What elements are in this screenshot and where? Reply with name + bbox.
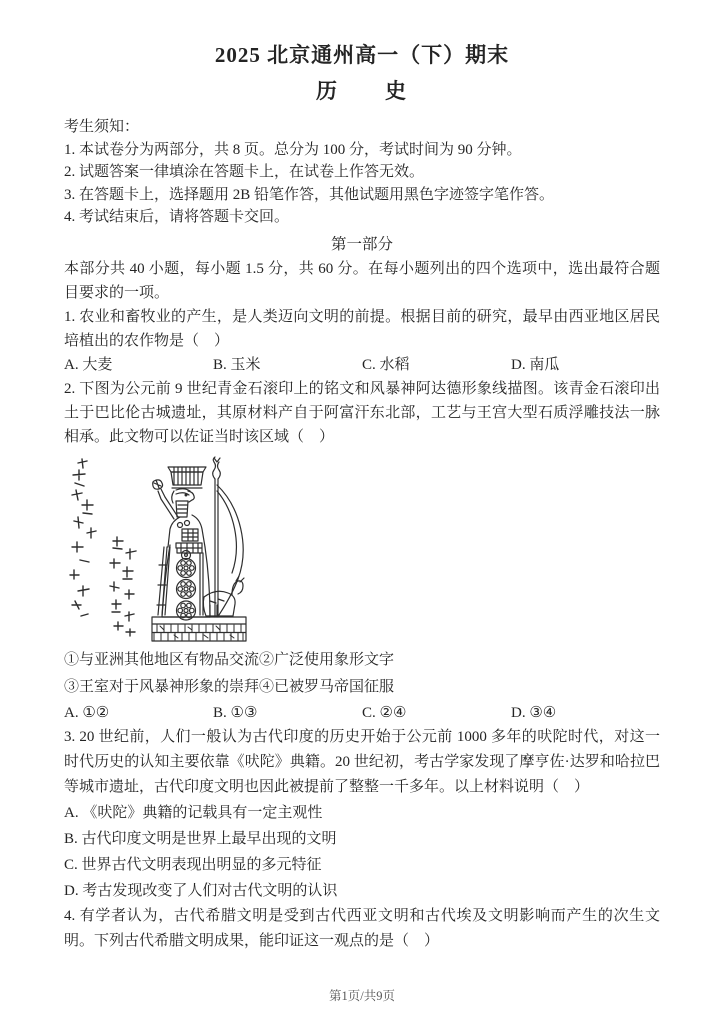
question-3-option-d: D. 考古发现改变了人们对古代文明的认识	[64, 878, 660, 904]
question-2: 2. 下图为公元前 9 世纪青金石滚印上的铭文和风暴神阿达德形象线描图。该青金石…	[64, 377, 660, 725]
question-1-options: A. 大麦 B. 玉米 C. 水稻 D. 南瓜	[64, 353, 660, 377]
exam-paper-page: 2025 北京通州高一（下）期末 历 史 考生须知： 1. 本试卷分为两部分，共…	[0, 0, 724, 1024]
part-one-intro: 本部分共 40 小题，每小题 1.5 分，共 60 分。在每小题列出的四个选项中…	[64, 257, 660, 305]
storm-god-seal-illustration	[64, 455, 264, 643]
part-one-heading: 第一部分	[64, 233, 660, 257]
page-content: 2025 北京通州高一（下）期末 历 史 考生须知： 1. 本试卷分为两部分，共…	[64, 40, 660, 954]
question-3-options: A. 《吠陀》典籍的记载具有一定主观性 B. 古代印度文明是世界上最早出现的文明…	[64, 800, 660, 904]
notice-heading: 考生须知：	[64, 116, 660, 139]
question-3-option-c: C. 世界古代文明表现出明显的多元特征	[64, 852, 660, 878]
question-1-option-a: A. 大麦	[64, 353, 213, 377]
notice-item-4: 4. 考试结束后，请将答题卡交回。	[64, 206, 660, 229]
notice-item-2: 2. 试题答案一律填涂在答题卡上，在试卷上作答无效。	[64, 161, 660, 184]
question-1-option-c: C. 水稻	[362, 353, 511, 377]
question-4: 4. 有学者认为，古代希腊文明是受到古代西亚文明和古代埃及文明影响而产生的次生文…	[64, 904, 660, 954]
question-3: 3. 20 世纪前，人们一般认为古代印度的历史开始于公元前 1000 多年的吠陀…	[64, 725, 660, 904]
question-1: 1. 农业和畜牧业的产生，是人类迈向文明的前提。根据目前的研究，最早由西亚地区居…	[64, 305, 660, 377]
question-2-options: A. ①② B. ①③ C. ②④ D. ③④	[64, 701, 660, 725]
question-2-option-c: C. ②④	[362, 701, 511, 725]
question-2-option-a: A. ①②	[64, 701, 213, 725]
question-1-stem: 1. 农业和畜牧业的产生，是人类迈向文明的前提。根据目前的研究，最早由西亚地区居…	[64, 305, 660, 353]
page-title: 2025 北京通州高一（下）期末	[64, 40, 660, 70]
subject-title: 历 史	[64, 76, 660, 106]
question-3-stem: 3. 20 世纪前，人们一般认为古代印度的历史开始于公元前 1000 多年的吠陀…	[64, 725, 660, 800]
question-3-option-b: B. 古代印度文明是世界上最早出现的文明	[64, 826, 660, 852]
page-number: 第1页/共9页	[0, 988, 724, 1004]
question-2-stem: 2. 下图为公元前 9 世纪青金石滚印上的铭文和风暴神阿达德形象线描图。该青金石…	[64, 377, 660, 449]
question-3-option-a: A. 《吠陀》典籍的记载具有一定主观性	[64, 800, 660, 826]
question-1-option-b: B. 玉米	[213, 353, 362, 377]
question-2-statements-3-4: ③王室对于风暴神形象的崇拜④已被罗马帝国征服	[64, 674, 660, 701]
question-1-option-d: D. 南瓜	[511, 353, 660, 377]
notice-section: 考生须知： 1. 本试卷分为两部分，共 8 页。总分为 100 分，考试时间为 …	[64, 116, 660, 229]
notice-item-1: 1. 本试卷分为两部分，共 8 页。总分为 100 分，考试时间为 90 分钟。	[64, 139, 660, 162]
question-2-statements-1-2: ①与亚洲其他地区有物品交流②广泛使用象形文字	[64, 647, 660, 674]
question-2-option-d: D. ③④	[511, 701, 660, 725]
question-4-stem: 4. 有学者认为，古代希腊文明是受到古代西亚文明和古代埃及文明影响而产生的次生文…	[64, 904, 660, 954]
question-2-option-b: B. ①③	[213, 701, 362, 725]
notice-item-3: 3. 在答题卡上，选择题用 2B 铅笔作答，其他试题用黑色字迹签字笔作答。	[64, 184, 660, 207]
